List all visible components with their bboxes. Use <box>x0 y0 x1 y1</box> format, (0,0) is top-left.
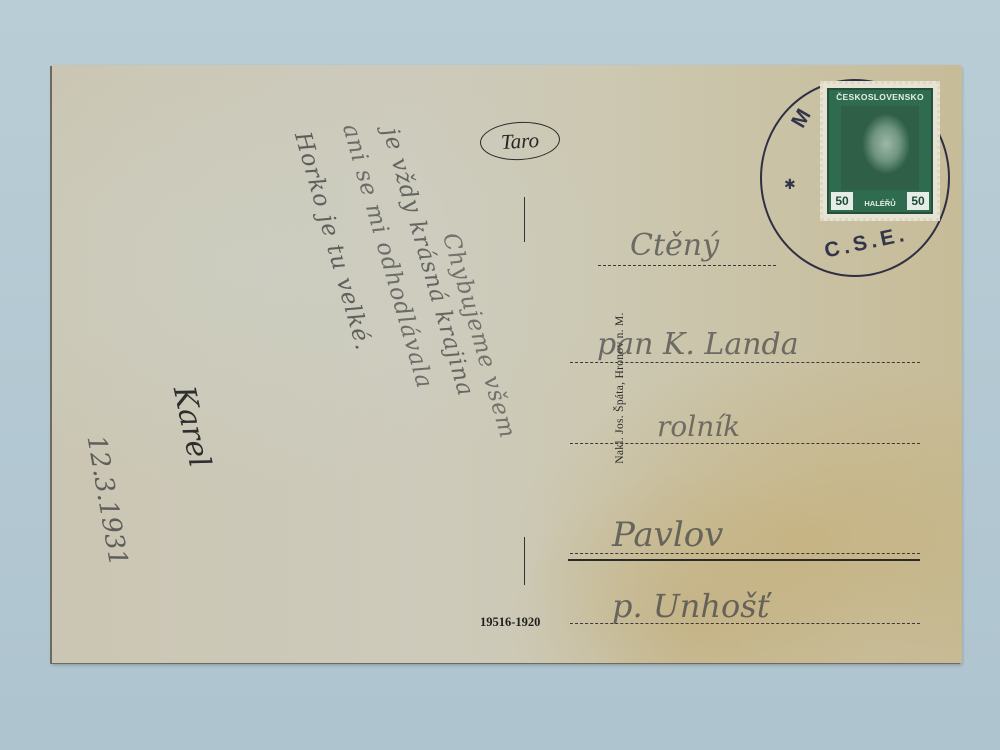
stamp-value-left: 50 <box>831 192 853 210</box>
address-line-3 <box>570 443 920 444</box>
address-line-2 <box>570 362 920 363</box>
address-salutation: Ctěný <box>630 228 719 263</box>
signature: Karel <box>166 383 217 470</box>
address-post-office: p. Unhošť <box>612 587 770 625</box>
address-occupation: rolník <box>657 410 740 443</box>
address-underline-solid <box>568 559 920 561</box>
divider-bottom <box>524 537 525 585</box>
postmark-fragment-top: M <box>787 102 819 133</box>
print-code: 19516-1920 <box>480 615 540 630</box>
portrait-icon <box>841 106 919 190</box>
publisher-logo: Taro <box>479 120 561 162</box>
stamp-country: ČESKOSLOVENSKO <box>829 92 931 102</box>
stamp-unit: HALÉŘŮ <box>855 199 905 208</box>
divider-top <box>524 197 525 242</box>
postcard: Horko je tu velké. ani se mi odhodlávala… <box>52 65 962 663</box>
postage-stamp: ČESKOSLOVENSKO 50 HALÉŘŮ 50 <box>820 81 940 221</box>
address-town: Pavlov <box>612 515 723 555</box>
address-name: pan K. Landa <box>597 327 799 362</box>
postmark-fragment-bottom: C.S.E. <box>822 222 910 263</box>
handwritten-date: 12.3.1931 <box>80 433 133 569</box>
publisher-imprint: Nakl. Jos. Špáta, Hronov n. M. <box>614 258 630 518</box>
postmark-star-icon: ✱ <box>784 177 796 194</box>
stamp-value-right: 50 <box>907 192 929 210</box>
address-line-1 <box>598 265 776 266</box>
